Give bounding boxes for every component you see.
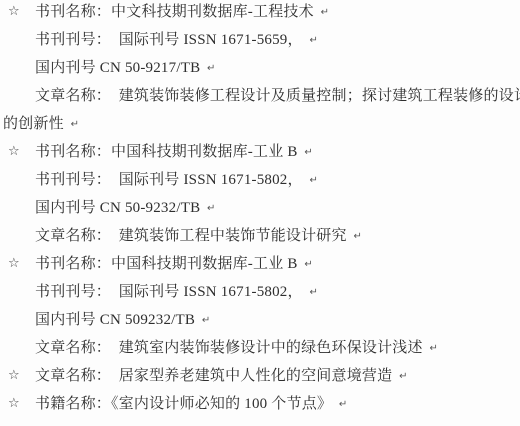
line-text: 书刊名称：中国科技期刊数据库-工业 B [35, 144, 298, 160]
article-title-line: 文章名称： 建筑装饰装修工程设计及质量控制；探讨建筑工程装修的设计 [0, 82, 520, 110]
journal-name-line: ☆ 书刊名称：中国科技期刊数据库-工业 B ↵ [0, 250, 520, 278]
line-text: 书刊名称：中国科技期刊数据库-工业 B [35, 256, 298, 272]
line-text: 书刊名称：中文科技期刊数据库-工程技术 [35, 4, 314, 20]
paragraph-return-icon: ↵ [309, 287, 317, 298]
article-title-line: ☆ 文章名称： 居家型养老建筑中人性化的空间意境营造 ↵ [0, 362, 520, 390]
paragraph-return-icon: ↵ [429, 343, 437, 354]
star-icon: ☆ [8, 138, 20, 166]
star-icon: ☆ [8, 362, 20, 390]
line-text: 国内刊号 CN 50-9217/TB [35, 60, 200, 76]
line-text: 国内刊号 CN 50-9232/TB [35, 200, 200, 216]
star-icon: ☆ [8, 250, 20, 278]
journal-name-line: ☆ 书刊名称：中国科技期刊数据库-工业 B ↵ [0, 138, 520, 166]
paragraph-return-icon: ↵ [309, 35, 317, 46]
line-text: 文章名称： 建筑装饰装修工程设计及质量控制；探讨建筑工程装修的设计 [35, 88, 520, 104]
line-text: 国内刊号 CN 509232/TB [35, 312, 195, 328]
paragraph-return-icon: ↵ [304, 147, 312, 158]
article-title-line: 文章名称： 建筑室内装饰装修设计中的绿色环保设计浅述 ↵ [0, 334, 520, 362]
paragraph-return-icon: ↵ [309, 175, 317, 186]
journal-name-line: ☆ 书刊名称：中文科技期刊数据库-工程技术 ↵ [0, 0, 520, 26]
line-text: 书刊刊号： 国际刊号 ISSN 1671-5659， [35, 32, 303, 48]
journal-cn-number-line: 国内刊号 CN 50-9232/TB ↵ [0, 194, 520, 222]
line-text: 书刊刊号： 国际刊号 ISSN 1671-5802， [35, 172, 303, 188]
journal-issn-line: 书刊刊号： 国际刊号 ISSN 1671-5802， ↵ [0, 166, 520, 194]
book-title-line: ☆ 书籍名称：《室内设计师必知的 100 个节点》 ↵ [0, 390, 520, 418]
paragraph-return-icon: ↵ [304, 259, 312, 270]
line-text: 文章名称： 建筑装饰工程中装饰节能设计研究 [35, 228, 347, 244]
paragraph-return-icon: ↵ [202, 315, 210, 326]
article-title-wrap-line: 的创新性 ↵ [0, 110, 520, 138]
line-text: 文章名称： 居家型养老建筑中人性化的空间意境营造 [35, 368, 392, 384]
document-page: ☆ 书刊名称：中文科技期刊数据库-工程技术 ↵ 书刊刊号： 国际刊号 ISSN … [0, 0, 520, 426]
paragraph-return-icon: ↵ [207, 203, 215, 214]
article-title-line: 文章名称： 建筑装饰工程中装饰节能设计研究 ↵ [0, 222, 520, 250]
document-text-block: ☆ 书刊名称：中文科技期刊数据库-工程技术 ↵ 书刊刊号： 国际刊号 ISSN … [0, 0, 520, 418]
paragraph-return-icon: ↵ [207, 63, 215, 74]
journal-cn-number-line: 国内刊号 CN 50-9217/TB ↵ [0, 54, 520, 82]
journal-cn-number-line: 国内刊号 CN 509232/TB ↵ [0, 306, 520, 334]
line-text: 书刊刊号： 国际刊号 ISSN 1671-5802， [35, 284, 303, 300]
star-icon: ☆ [8, 390, 20, 418]
paragraph-return-icon: ↵ [339, 399, 347, 410]
line-text: 的创新性 [3, 116, 64, 132]
journal-issn-line: 书刊刊号： 国际刊号 ISSN 1671-5659， ↵ [0, 26, 520, 54]
paragraph-return-icon: ↵ [71, 119, 79, 130]
star-icon: ☆ [8, 0, 20, 26]
paragraph-return-icon: ↵ [399, 371, 407, 382]
paragraph-return-icon: ↵ [321, 7, 329, 18]
line-text: 文章名称： 建筑室内装饰装修设计中的绿色环保设计浅述 [35, 340, 423, 356]
paragraph-return-icon: ↵ [353, 231, 361, 242]
journal-issn-line: 书刊刊号： 国际刊号 ISSN 1671-5802， ↵ [0, 278, 520, 306]
line-text: 书籍名称：《室内设计师必知的 100 个节点》 [35, 396, 332, 412]
